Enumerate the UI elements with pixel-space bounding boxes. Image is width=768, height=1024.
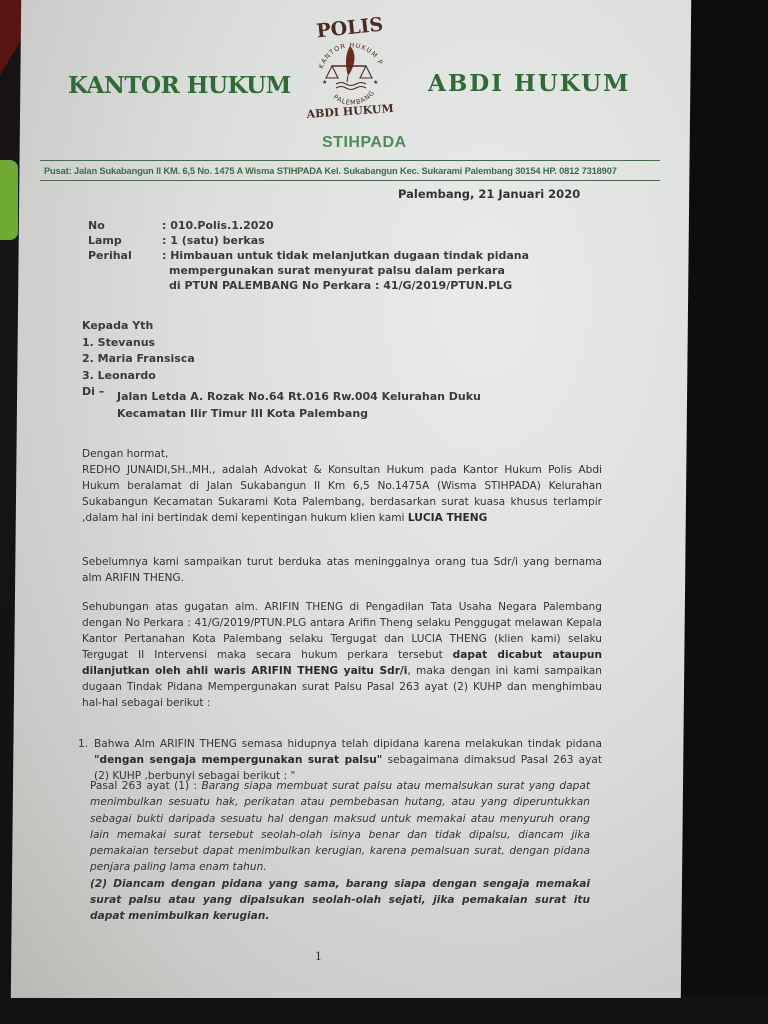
recipient-item: 3. Leonardo (82, 368, 195, 385)
svg-text:★: ★ (373, 79, 378, 86)
case-paragraph: Sehubungan atas gugatan alm. ARIFIN THEN… (82, 599, 602, 711)
letter-meta: No: 010.Polis.1.2020 Lamp: 1 (satu) berk… (88, 218, 529, 293)
list-item-number: 1. (78, 736, 88, 752)
logo-bottom-text: ABDI HUKUM (305, 102, 394, 121)
letterhead-right-title: ABDI HUKUM (428, 70, 630, 97)
client-name: LUCIA THENG (408, 512, 487, 524)
letterhead-subtitle: STIHPADA (322, 134, 407, 152)
recipient-item: 1. Stevanus (82, 335, 195, 352)
recipient-address: Jalan Letda A. Rozak No.64 Rt.016 Rw.004… (117, 388, 481, 422)
header-rule-bottom (40, 180, 660, 181)
perihal-line-2: mempergunakan surat menyurat palsu dalam… (162, 263, 529, 278)
intro-text: REDHO JUNAIDI,SH.,MH., adalah Advokat & … (82, 464, 602, 524)
intro-paragraph: Dengan hormat, REDHO JUNAIDI,SH.,MH., ad… (82, 446, 602, 526)
recipient-item: 2. Maria Fransisca (82, 351, 195, 368)
legal-quote: Pasal 263 ayat (1) : Barang siapa membua… (90, 778, 590, 925)
background-bottom (0, 995, 768, 1024)
list-item: 1. Bahwa Alm ARIFIN THENG semasa hidupny… (78, 736, 602, 784)
page-number: 1 (315, 950, 322, 963)
greeting: Dengan hormat, (82, 446, 602, 462)
lamp-label: Lamp (88, 233, 162, 248)
no-label: No (88, 218, 162, 233)
letterhead-address: Pusat: Jalan Sukabangun II KM. 6,5 No. 1… (44, 166, 617, 176)
header-rule-top (40, 160, 660, 161)
background-green-object (0, 160, 18, 240)
quote-article-2: (2) Diancam dengan pidana yang sama, bar… (90, 876, 590, 925)
quote-article-1: Barang siapa membuat surat palsu atau me… (90, 780, 590, 873)
recipients-heading: Kepada Yth (82, 318, 195, 335)
quote-label: Pasal 263 ayat (1) : (90, 780, 201, 792)
lamp-value: : 1 (satu) berkas (162, 233, 529, 248)
perihal-label: Perihal (88, 248, 162, 263)
recipient-address-line-2: Kecamatan Ilir Timur III Kota Palembang (117, 405, 481, 422)
list-item-text-bold: "dengan sengaja mempergunakan surat pals… (94, 754, 382, 766)
perihal-line-3: di PTUN PALEMBANG No Perkara : 41/G/2019… (162, 278, 529, 293)
list-item-text-a: Bahwa Alm ARIFIN THENG semasa hidupnya t… (94, 738, 602, 750)
polis-logo-icon: POLIS KANTOR HUKUM POLIS ★ ★ PALEMBANG A… (300, 10, 400, 125)
perihal-line-1: : Himbauan untuk tidak melanjutkan dugaa… (162, 248, 529, 263)
letter-date: Palembang, 21 Januari 2020 (398, 187, 580, 201)
svg-text:★: ★ (322, 79, 327, 86)
logo-top-text: POLIS (315, 14, 384, 43)
recipient-address-line-1: Jalan Letda A. Rozak No.64 Rt.016 Rw.004… (117, 388, 481, 405)
condolence-paragraph: Sebelumnya kami sampaikan turut berduka … (82, 554, 602, 586)
no-value: : 010.Polis.1.2020 (162, 218, 529, 233)
letterhead-left-title: KANTOR HUKUM (68, 72, 291, 99)
